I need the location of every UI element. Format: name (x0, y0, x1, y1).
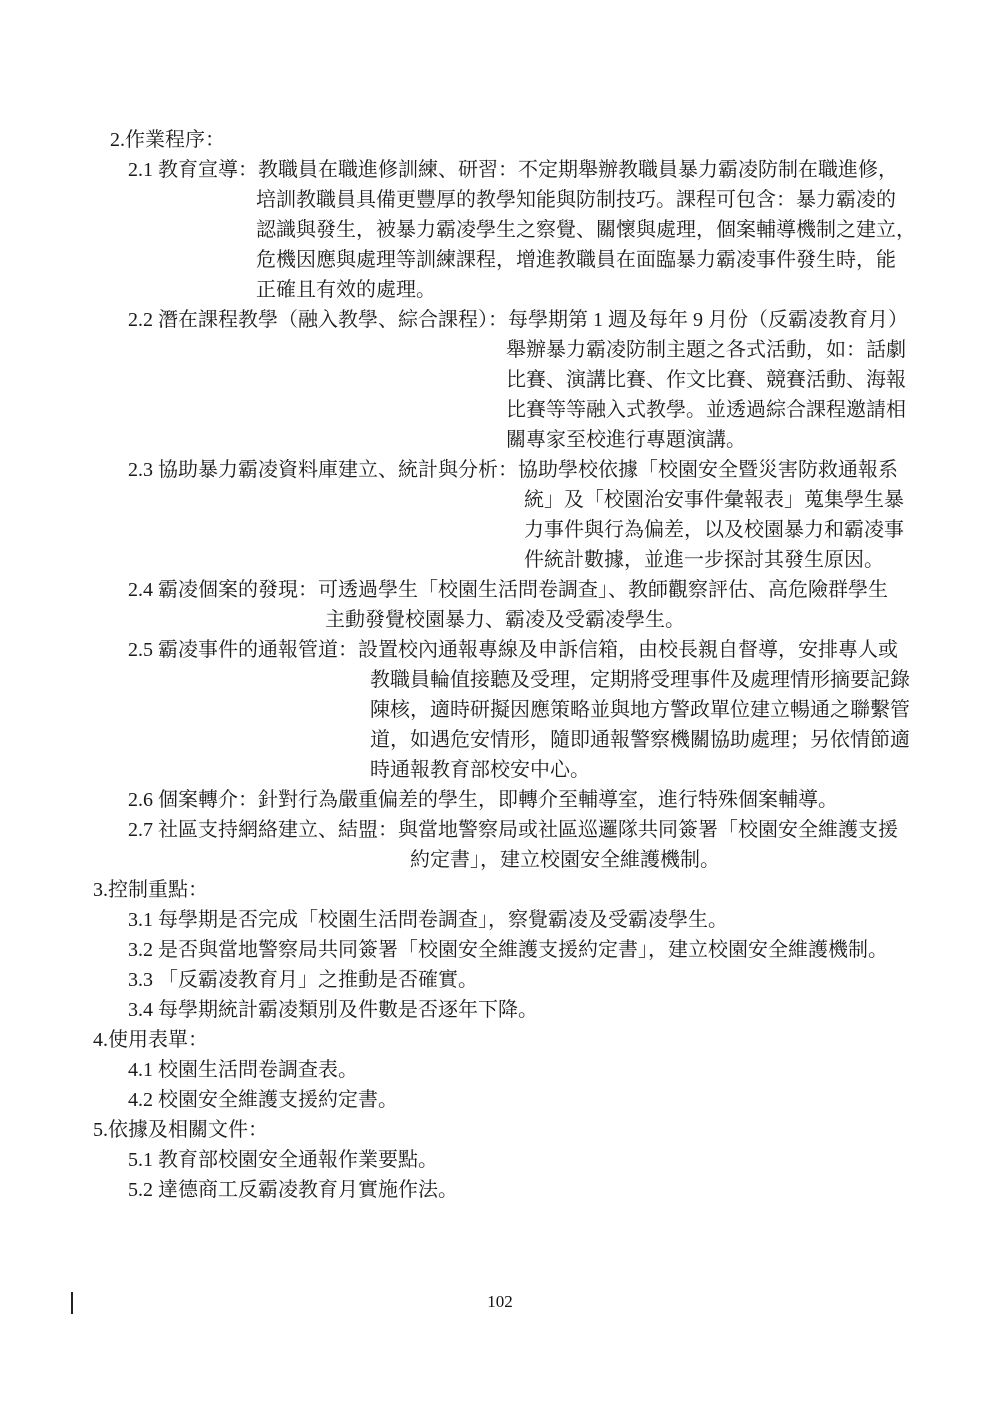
doc-line: 教職員輪值接聽及受理，定期將受理事件及處理情形摘要記錄 (370, 665, 1000, 695)
doc-line: 4.1 校園生活問卷調查表。 (128, 1055, 1000, 1085)
section-heading: 5.依據及相關文件： (93, 1115, 1000, 1145)
doc-line: 3.4 每學期統計霸凌類別及件數是否逐年下降。 (128, 995, 1000, 1025)
doc-line: 3.1 每學期是否完成「校園生活問卷調查」，察覺霸凌及受霸凌學生。 (128, 905, 1000, 935)
doc-line: 2.1 教育宣導：教職員在職進修訓練、研習：不定期舉辦教職員暴力霸凌防制在職進修… (128, 155, 1000, 185)
doc-line: 正確且有效的處理。 (256, 275, 1000, 305)
doc-line: 比賽、演講比賽、作文比賽、競賽活動、海報 (506, 365, 1000, 395)
doc-line: 2.5 霸凌事件的通報管道：設置校內通報專線及申訴信箱，由校長親自督導，安排專人… (128, 635, 1000, 665)
doc-line: 主動發覺校園暴力、霸凌及受霸凌學生。 (325, 605, 1000, 635)
doc-line: 時通報教育部校安中心。 (370, 755, 1000, 785)
doc-line: 統」及「校園治安事件彙報表」蒐集學生暴 (524, 485, 1000, 515)
doc-line: 3.2 是否與當地警察局共同簽署「校園安全維護支援約定書」，建立校園安全維護機制… (128, 935, 1000, 965)
doc-line: 5.2 達德商工反霸凌教育月實施作法。 (128, 1175, 1000, 1205)
section-heading: 3.控制重點： (93, 875, 1000, 905)
doc-line: 舉辦暴力霸凌防制主題之各式活動，如：話劇 (506, 335, 1000, 365)
doc-line: 2.2 潛在課程教學（融入教學、綜合課程）：每學期第 1 週及每年 9 月份（反… (128, 305, 1000, 335)
doc-line: 約定書」，建立校園安全維護機制。 (410, 845, 1000, 875)
doc-line: 2.7 社區支持網絡建立、結盟：與當地警察局或社區巡邏隊共同簽署「校園安全維護支… (128, 815, 1000, 845)
doc-line: 件統計數據，並進一步探討其發生原因。 (524, 545, 1000, 575)
doc-line: 5.1 教育部校園安全通報作業要點。 (128, 1145, 1000, 1175)
doc-line: 認識與發生，被暴力霸凌學生之察覺、關懷與處理，個案輔導機制之建立， (256, 215, 1000, 245)
doc-line: 陳核，適時研擬因應策略並與地方警政單位建立暢通之聯繫管 (370, 695, 1000, 725)
doc-line: 2.3 協助暴力霸凌資料庫建立、統計與分析：協助學校依據「校園安全暨災害防救通報… (128, 455, 1000, 485)
section-heading: 4.使用表單： (93, 1025, 1000, 1055)
doc-line: 2.6 個案轉介：針對行為嚴重偏差的學生，即轉介至輔導室，進行特殊個案輔導。 (128, 785, 1000, 815)
doc-line: 比賽等等融入式教學。並透過綜合課程邀請相 (506, 395, 1000, 425)
doc-line: 4.2 校園安全維護支援約定書。 (128, 1085, 1000, 1115)
doc-line: 危機因應與處理等訓練課程，增進教職員在面臨暴力霸凌事件發生時，能 (256, 245, 1000, 275)
doc-line: 2.4 霸凌個案的發現：可透過學生「校園生活問卷調查」、教師觀察評估、高危險群學… (128, 575, 1000, 605)
document-body: 2.作業程序： 2.1 教育宣導：教職員在職進修訓練、研習：不定期舉辦教職員暴力… (0, 125, 1000, 1205)
page-number: 102 (0, 1290, 1000, 1314)
document-page: 2.作業程序： 2.1 教育宣導：教職員在職進修訓練、研習：不定期舉辦教職員暴力… (0, 0, 1000, 1415)
doc-line: 3.3 「反霸凌教育月」之推動是否確實。 (128, 965, 1000, 995)
doc-line: 道，如遇危安情形，隨即通報警察機關協助處理；另依情節適 (370, 725, 1000, 755)
section-heading: 2.作業程序： (110, 125, 1000, 155)
doc-line: 力事件與行為偏差，以及校園暴力和霸凌事 (524, 515, 1000, 545)
doc-line: 關專家至校進行專題演講。 (506, 425, 1000, 455)
doc-line: 培訓教職員具備更豐厚的教學知能與防制技巧。課程可包含：暴力霸凌的 (256, 185, 1000, 215)
